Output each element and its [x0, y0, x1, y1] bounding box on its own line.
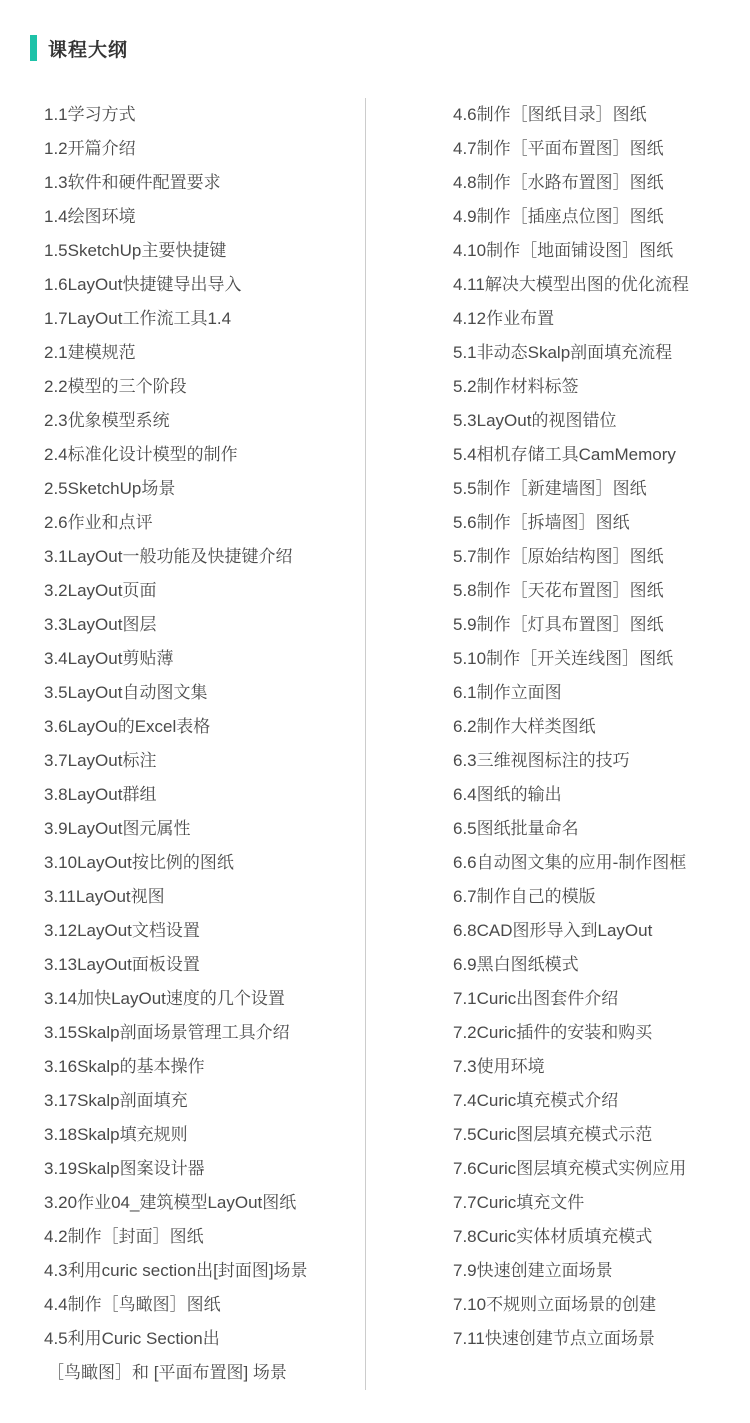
outline-item: 6.9黑白图纸模式	[453, 948, 750, 982]
outline-item-text: 7.8Curic实体材质填充模式	[453, 1220, 750, 1254]
outline-item-text: 1.1学习方式	[44, 98, 365, 132]
outline-item: 4.11解决大模型出图的优化流程	[453, 268, 750, 302]
outline-item: 1.5SketchUp主要快捷键	[44, 234, 365, 268]
outline-item-text: 4.4制作［鸟瞰图］图纸	[44, 1288, 365, 1322]
outline-item-text: 3.6LayOu的Excel表格	[44, 710, 365, 744]
outline-item: 5.1非动态Skalp剖面填充流程	[453, 336, 750, 370]
outline-item-text: 6.1制作立面图	[453, 676, 750, 710]
outline-item-text: 7.6Curic图层填充模式实例应用	[453, 1152, 750, 1186]
outline-item-text: 7.9快速创建立面场景	[453, 1254, 750, 1288]
outline-item: 6.8CAD图形导入到LayOut	[453, 914, 750, 948]
outline-item-text: 3.15Skalp剖面场景管理工具介绍	[44, 1016, 365, 1050]
outline-item: 7.9快速创建立面场景	[453, 1254, 750, 1288]
outline-item-text: 2.3优象模型系统	[44, 404, 365, 438]
outline-item-text: 2.5SketchUp场景	[44, 472, 365, 506]
outline-item-text: 4.12作业布置	[453, 302, 750, 336]
outline-item-text: 6.3三维视图标注的技巧	[453, 744, 750, 778]
outline-item: 5.8制作［天花布置图］图纸	[453, 574, 750, 608]
outline-item-text: 4.5利用Curic Section出	[44, 1322, 365, 1356]
outline-item-text: 7.2Curic插件的安装和购买	[453, 1016, 750, 1050]
outline-item-text: 5.9制作［灯具布置图］图纸	[453, 608, 750, 642]
outline-item: 7.11快速创建节点立面场景	[453, 1322, 750, 1356]
outline-item: 1.4绘图环境	[44, 200, 365, 234]
outline-item: 5.9制作［灯具布置图］图纸	[453, 608, 750, 642]
outline-item-text: 2.6作业和点评	[44, 506, 365, 540]
outline-item: 1.2开篇介绍	[44, 132, 365, 166]
outline-item-text: 4.10制作［地面铺设图］图纸	[453, 234, 750, 268]
outline-item: 7.3使用环境	[453, 1050, 750, 1084]
outline-item-text: 5.3LayOut的视图错位	[453, 404, 750, 438]
outline-item-text: 2.1建模规范	[44, 336, 365, 370]
outline-item: 7.4Curic填充模式介绍	[453, 1084, 750, 1118]
outline-item: 6.4图纸的输出	[453, 778, 750, 812]
outline-item: 4.12作业布置	[453, 302, 750, 336]
outline-item-text: 7.11快速创建节点立面场景	[453, 1322, 750, 1356]
outline-item: 1.1学习方式	[44, 98, 365, 132]
outline-item: 4.10制作［地面铺设图］图纸	[453, 234, 750, 268]
outline-item: 6.7制作自己的模版	[453, 880, 750, 914]
outline-item-text: 3.18Skalp填充规则	[44, 1118, 365, 1152]
outline-item-text: 5.6制作［拆墙图］图纸	[453, 506, 750, 540]
outline-item-text: 1.4绘图环境	[44, 200, 365, 234]
outline-item-text: 4.8制作［水路布置图］图纸	[453, 166, 750, 200]
outline-item-text: 7.1Curic出图套件介绍	[453, 982, 750, 1016]
outline-item-continuation: ［鸟瞰图］和 [平面布置图] 场景	[44, 1356, 365, 1390]
outline-item: 2.4标准化设计模型的制作	[44, 438, 365, 472]
outline-item-text: 3.19Skalp图案设计器	[44, 1152, 365, 1186]
outline-item-text: 4.2制作［封面］图纸	[44, 1220, 365, 1254]
outline-item-text: 5.2制作材料标签	[453, 370, 750, 404]
outline-item: 5.4相机存储工具CamMemory	[453, 438, 750, 472]
outline-item-text: 3.20作业04_建筑模型LayOut图纸	[44, 1186, 365, 1220]
outline-item: 2.2模型的三个阶段	[44, 370, 365, 404]
outline-item-text: 3.4LayOut剪贴薄	[44, 642, 365, 676]
outline-item-text: 5.7制作［原始结构图］图纸	[453, 540, 750, 574]
outline-item-text: 1.3软件和硬件配置要求	[44, 166, 365, 200]
outline-item: 3.16Skalp的基本操作	[44, 1050, 365, 1084]
outline-item: 3.2LayOut页面	[44, 574, 365, 608]
outline-item: 3.3LayOut图层	[44, 608, 365, 642]
outline-item: 5.7制作［原始结构图］图纸	[453, 540, 750, 574]
outline-item: 2.3优象模型系统	[44, 404, 365, 438]
outline-item-text: 5.1非动态Skalp剖面填充流程	[453, 336, 750, 370]
outline-item-text: 1.2开篇介绍	[44, 132, 365, 166]
outline-item: 4.3利用curic section出[封面图]场景	[44, 1254, 365, 1288]
section-header: 课程大纲	[0, 0, 750, 63]
outline-item-text: 3.13LayOut面板设置	[44, 948, 365, 982]
outline-item-text: 3.5LayOut自动图文集	[44, 676, 365, 710]
outline-item: 1.7LayOut工作流工具1.4	[44, 302, 365, 336]
outline-item: 6.1制作立面图	[453, 676, 750, 710]
outline-item-text: 3.7LayOut标注	[44, 744, 365, 778]
outline-item-text: 3.14加快LayOut速度的几个设置	[44, 982, 365, 1016]
outline-item-text: 3.3LayOut图层	[44, 608, 365, 642]
outline-item: 2.6作业和点评	[44, 506, 365, 540]
outline-item: 7.8Curic实体材质填充模式	[453, 1220, 750, 1254]
outline-item: 7.5Curic图层填充模式示范	[453, 1118, 750, 1152]
outline-item: 3.8LayOut群组	[44, 778, 365, 812]
outline-item-text: 3.16Skalp的基本操作	[44, 1050, 365, 1084]
outline-item: 5.3LayOut的视图错位	[453, 404, 750, 438]
outline-item: 7.6Curic图层填充模式实例应用	[453, 1152, 750, 1186]
outline-item-text: 1.6LayOut快捷键导出导入	[44, 268, 365, 302]
outline-item-text: 3.10LayOut按比例的图纸	[44, 846, 365, 880]
outline-item: 3.19Skalp图案设计器	[44, 1152, 365, 1186]
outline-item-text: 7.5Curic图层填充模式示范	[453, 1118, 750, 1152]
outline-item: 3.7LayOut标注	[44, 744, 365, 778]
outline-item-text: 4.3利用curic section出[封面图]场景	[44, 1254, 365, 1288]
outline-column-right: 4.6制作［图纸目录］图纸4.7制作［平面布置图］图纸4.8制作［水路布置图］图…	[366, 98, 750, 1390]
outline-item: 7.7Curic填充文件	[453, 1186, 750, 1220]
page-title: 课程大纲	[48, 35, 128, 62]
outline-item: 2.5SketchUp场景	[44, 472, 365, 506]
outline-item-text: 7.7Curic填充文件	[453, 1186, 750, 1220]
outline-item: 6.3三维视图标注的技巧	[453, 744, 750, 778]
outline-item-text: 3.2LayOut页面	[44, 574, 365, 608]
outline-item: 3.10LayOut按比例的图纸	[44, 846, 365, 880]
outline-item-text: 3.11LayOut视图	[44, 880, 365, 914]
outline-item: 3.5LayOut自动图文集	[44, 676, 365, 710]
course-outline: 1.1学习方式1.2开篇介绍1.3软件和硬件配置要求1.4绘图环境1.5Sket…	[0, 98, 750, 1390]
outline-item: 3.13LayOut面板设置	[44, 948, 365, 982]
outline-item: 1.3软件和硬件配置要求	[44, 166, 365, 200]
outline-item-text: 6.2制作大样类图纸	[453, 710, 750, 744]
outline-item-text: 6.5图纸批量命名	[453, 812, 750, 846]
outline-item: 5.6制作［拆墙图］图纸	[453, 506, 750, 540]
outline-item: 3.9LayOut图元属性	[44, 812, 365, 846]
outline-item: 3.11LayOut视图	[44, 880, 365, 914]
outline-item-text: 2.4标准化设计模型的制作	[44, 438, 365, 472]
outline-item: 1.6LayOut快捷键导出导入	[44, 268, 365, 302]
outline-item-text: 3.1LayOut一般功能及快捷键介绍	[44, 540, 365, 574]
outline-item-text: 4.6制作［图纸目录］图纸	[453, 98, 750, 132]
outline-item-text: 1.5SketchUp主要快捷键	[44, 234, 365, 268]
outline-item-text: 7.3使用环境	[453, 1050, 750, 1084]
outline-item-text: 7.10不规则立面场景的创建	[453, 1288, 750, 1322]
outline-item: 7.1Curic出图套件介绍	[453, 982, 750, 1016]
outline-item: 3.4LayOut剪贴薄	[44, 642, 365, 676]
outline-item-text: 6.8CAD图形导入到LayOut	[453, 914, 750, 948]
outline-item: 3.20作业04_建筑模型LayOut图纸	[44, 1186, 365, 1220]
outline-item-text: 5.5制作［新建墙图］图纸	[453, 472, 750, 506]
outline-item: 3.6LayOu的Excel表格	[44, 710, 365, 744]
outline-item: 5.2制作材料标签	[453, 370, 750, 404]
outline-item-text: 3.9LayOut图元属性	[44, 812, 365, 846]
outline-item: 4.5利用Curic Section出［鸟瞰图］和 [平面布置图] 场景	[44, 1322, 365, 1390]
outline-item: 3.12LayOut文档设置	[44, 914, 365, 948]
outline-item-text: 6.7制作自己的模版	[453, 880, 750, 914]
outline-item: 4.4制作［鸟瞰图］图纸	[44, 1288, 365, 1322]
outline-item: 6.2制作大样类图纸	[453, 710, 750, 744]
outline-item-text: 5.10制作［开关连线图］图纸	[453, 642, 750, 676]
outline-item-text: 6.4图纸的输出	[453, 778, 750, 812]
outline-item: 6.5图纸批量命名	[453, 812, 750, 846]
outline-item: 4.7制作［平面布置图］图纸	[453, 132, 750, 166]
outline-item-text: 4.7制作［平面布置图］图纸	[453, 132, 750, 166]
outline-item-text: 5.4相机存储工具CamMemory	[453, 438, 750, 472]
outline-item: 3.14加快LayOut速度的几个设置	[44, 982, 365, 1016]
outline-item-text: 3.12LayOut文档设置	[44, 914, 365, 948]
outline-item-text: 6.9黑白图纸模式	[453, 948, 750, 982]
outline-item: 4.9制作［插座点位图］图纸	[453, 200, 750, 234]
outline-item: 6.6自动图文集的应用-制作图框	[453, 846, 750, 880]
outline-item: 7.2Curic插件的安装和购买	[453, 1016, 750, 1050]
outline-item-text: 2.2模型的三个阶段	[44, 370, 365, 404]
outline-item-text: 3.8LayOut群组	[44, 778, 365, 812]
outline-item: 3.18Skalp填充规则	[44, 1118, 365, 1152]
outline-item: 4.2制作［封面］图纸	[44, 1220, 365, 1254]
outline-item-text: 5.8制作［天花布置图］图纸	[453, 574, 750, 608]
outline-column-left: 1.1学习方式1.2开篇介绍1.3软件和硬件配置要求1.4绘图环境1.5Sket…	[0, 98, 366, 1390]
outline-item-text: 3.17Skalp剖面填充	[44, 1084, 365, 1118]
outline-item-text: 6.6自动图文集的应用-制作图框	[453, 846, 750, 880]
outline-item: 7.10不规则立面场景的创建	[453, 1288, 750, 1322]
outline-item: 5.10制作［开关连线图］图纸	[453, 642, 750, 676]
outline-item: 2.1建模规范	[44, 336, 365, 370]
outline-item-text: 4.9制作［插座点位图］图纸	[453, 200, 750, 234]
outline-item: 4.6制作［图纸目录］图纸	[453, 98, 750, 132]
outline-item-text: 7.4Curic填充模式介绍	[453, 1084, 750, 1118]
outline-item-text: 1.7LayOut工作流工具1.4	[44, 302, 365, 336]
outline-item-text: 4.11解决大模型出图的优化流程	[453, 268, 750, 302]
outline-item: 3.17Skalp剖面填充	[44, 1084, 365, 1118]
outline-item: 3.15Skalp剖面场景管理工具介绍	[44, 1016, 365, 1050]
outline-item: 4.8制作［水路布置图］图纸	[453, 166, 750, 200]
outline-item: 5.5制作［新建墙图］图纸	[453, 472, 750, 506]
accent-bar	[30, 35, 37, 61]
outline-item: 3.1LayOut一般功能及快捷键介绍	[44, 540, 365, 574]
